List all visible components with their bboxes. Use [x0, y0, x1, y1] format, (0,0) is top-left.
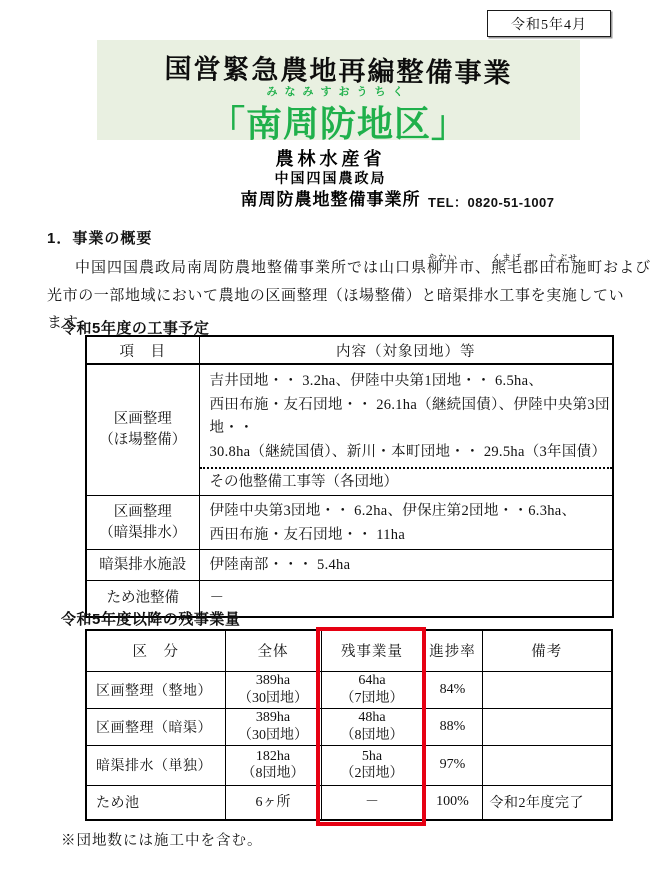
table-row: 暗渠排水施設 伊陸南部・・・ 5.4ha — [86, 550, 613, 581]
table2-biko — [482, 745, 612, 785]
table1-item-shisetsu: 暗渠排水施設 — [86, 550, 199, 581]
table2-kubun: 区画整理（暗渠） — [86, 708, 225, 745]
table2-header-shinchoku: 進捗率 — [423, 630, 482, 671]
table2-zentai: 389ha （30団地） — [225, 708, 321, 745]
table2-biko: 令和2年度完了 — [482, 785, 612, 820]
table2-header-biko: 備考 — [482, 630, 612, 671]
table2-zanji: － — [321, 785, 423, 820]
project-banner: 国営緊急農地再編整備事業 「みなみすおうちく南周防地区」 — [97, 40, 580, 140]
table2-zentai: 6ヶ所 — [225, 785, 321, 820]
date-text: 令和5年4月 — [511, 14, 587, 34]
table1-header-row: 項 目 内容（対象団地）等 — [86, 336, 613, 364]
table2-biko — [482, 708, 612, 745]
table-row: 暗渠排水（単独） 182ha （8団地） 5ha （2団地） 97% — [86, 745, 612, 785]
table-row: 区画整理 （暗渠排水） 伊陸中央第3団地・・ 6.2ha、伊保庄第2団地・・6.… — [86, 496, 613, 550]
furigana-yanai: やない — [428, 251, 458, 264]
table2-header-zanji: 残事業量 — [321, 630, 423, 671]
table1-item-ankyo: 区画整理 （暗渠排水） — [86, 496, 199, 550]
table2-zentai: 389ha （30団地） — [225, 671, 321, 708]
overview-paragraph-line1: 中国四国農政局南周防農地整備事業所では山口県やない柳井市、くまげ熊毛郡たぶせ田布… — [75, 256, 651, 277]
remaining-work-table: 区 分 全体 残事業量 進捗率 備考 区画整理（整地） 389ha （30団地）… — [85, 629, 613, 821]
table2-zanji: 5ha （2団地） — [321, 745, 423, 785]
table2-shinchoku: 84% — [423, 671, 482, 708]
furigana-kumage: くまげ — [492, 251, 522, 264]
footnote: ※団地数には施工中を含む。 — [61, 829, 263, 850]
district-bracket-open: 「 — [209, 103, 246, 144]
district-furigana: みなみすおうちく — [266, 83, 410, 99]
district-name: 南周防地区 — [246, 103, 431, 144]
table-row: 区画整理（整地） 389ha （30団地） 64ha （7団地） 84% — [86, 671, 612, 708]
table1-header-content: 内容（対象団地）等 — [199, 336, 613, 364]
table2-zentai: 182ha （8団地） — [225, 745, 321, 785]
furigana-tabuse: たぶせ — [548, 251, 578, 264]
table2-kubun: 暗渠排水（単独） — [86, 745, 225, 785]
table2-shinchoku: 97% — [423, 745, 482, 785]
table2-kubun: 区画整理（整地） — [86, 671, 225, 708]
table2-shinchoku: 100% — [423, 785, 482, 820]
table2-shinchoku: 88% — [423, 708, 482, 745]
para-text: 町および — [587, 260, 651, 276]
table1-item-hojo: 区画整理 （ほ場整備） — [86, 364, 199, 496]
district-name-wrap: みなみすおうちく南周防地区 — [246, 96, 431, 147]
overview-paragraph-line2: 光市の一部地域において農地の区画整理（ほ場整備）と暗渠排水工事を実施してい — [47, 284, 624, 305]
construction-plan-table: 項 目 内容（対象団地）等 区画整理 （ほ場整備） 吉井団地・・ 3.2ha、伊… — [85, 335, 614, 618]
para-text: 郡 — [523, 260, 539, 276]
para-text: 市、 — [459, 260, 491, 276]
table2-header-zentai: 全体 — [225, 630, 321, 671]
org-office: 南周防農地整備事業所 — [0, 185, 661, 210]
table1-header-item: 項 目 — [86, 336, 199, 364]
ruby-tabuse: たぶせ田布施 — [539, 260, 587, 276]
table1-content-shisetsu: 伊陸南部・・・ 5.4ha — [199, 550, 613, 581]
table2-kubun: ため池 — [86, 785, 225, 820]
para-text: 中国四国農政局南周防農地整備事業所では山口県 — [75, 260, 427, 276]
table1-content-hojo: 吉井団地・・ 3.2ha、伊陸中央第1団地・・ 6.5ha、 西田布施・友石団地… — [199, 364, 613, 496]
document-page: 令和5年4月 国営緊急農地再編整備事業 「みなみすおうちく南周防地区」 農林水産… — [0, 0, 661, 871]
table-row: 区画整理（暗渠） 389ha （30団地） 48ha （8団地） 88% — [86, 708, 612, 745]
table2-zanji: 64ha （7団地） — [321, 671, 423, 708]
table1-content-tameike: － — [199, 581, 613, 617]
district-title-line: 「みなみすおうちく南周防地区」 — [97, 96, 580, 147]
ruby-kumage: くまげ熊毛 — [491, 260, 523, 276]
table1-content-hojo-sub: その他整備工事等（各団地） — [200, 467, 613, 495]
table2-header-kubun: 区 分 — [86, 630, 225, 671]
org-telephone: TEL：0820-51-1007 — [428, 192, 555, 211]
table1-content-hojo-main: 吉井団地・・ 3.2ha、伊陸中央第1団地・・ 6.5ha、 西田布施・友石団地… — [200, 365, 613, 467]
table-row: 区画整理 （ほ場整備） 吉井団地・・ 3.2ha、伊陸中央第1団地・・ 6.5h… — [86, 364, 613, 496]
table2-biko — [482, 671, 612, 708]
ruby-yanai: やない柳井 — [427, 260, 459, 276]
table2-title: 令和5年度以降の残事業量 — [61, 608, 240, 629]
district-bracket-close: 」 — [431, 103, 468, 144]
table1-content-ankyo: 伊陸中央第3団地・・ 6.2ha、伊保庄第2団地・・6.3ha、 西田布施・友石… — [199, 496, 613, 550]
section-heading-overview: 1．事業の概要 — [47, 227, 152, 248]
date-box: 令和5年4月 — [487, 10, 611, 37]
table-row: ため池 6ヶ所 － 100% 令和2年度完了 — [86, 785, 612, 820]
table2-zanji: 48ha （8団地） — [321, 708, 423, 745]
table2-header-row: 区 分 全体 残事業量 進捗率 備考 — [86, 630, 612, 671]
